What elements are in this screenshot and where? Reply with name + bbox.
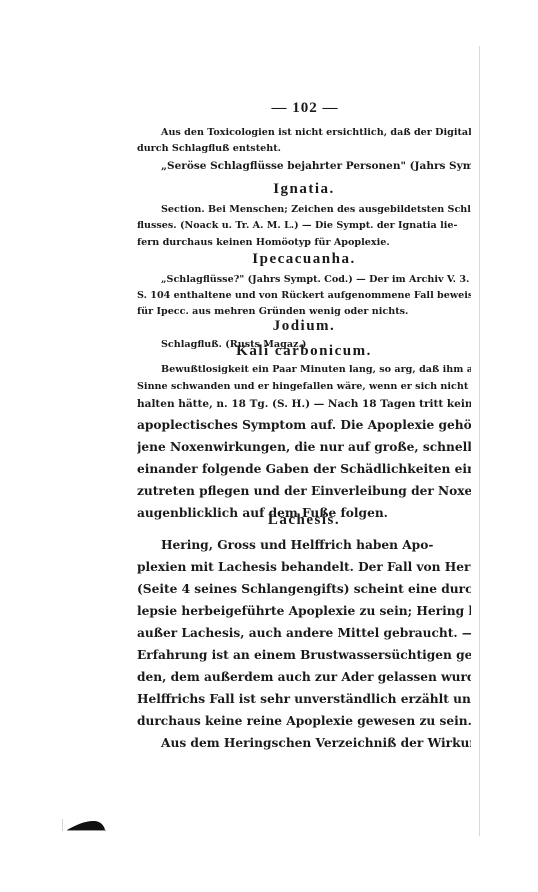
text-line: zutreten pflegen und der Einverleibung d… bbox=[137, 484, 471, 498]
text-line: Erfahrung ist an einem Brustwassersüchti… bbox=[137, 648, 471, 662]
text-line: Bewußtlosigkeit ein Paar Minuten lang, s… bbox=[137, 364, 471, 375]
text-line: (Seite 4 seines Schlangengifts) scheint … bbox=[137, 582, 471, 596]
text-line: „Schlagflüsse?" (Jahrs Sympt. Cod.) — De… bbox=[137, 274, 471, 285]
text-line: lepsie herbeigeführte Apoplexie zu sein;… bbox=[137, 604, 471, 618]
text-line: halten hätte, n. 18 Tg. (S. H.) — Nach 1… bbox=[137, 398, 471, 410]
library-stamp-icon bbox=[62, 819, 106, 831]
text-line: apoplectisches Symptom auf. Die Apoplexi… bbox=[137, 418, 471, 432]
scanned-book-page: — 102 — Aus den Toxicologien ist nicht e… bbox=[0, 0, 538, 892]
text-line: plexien mit Lachesis behandelt. Der Fall… bbox=[137, 560, 471, 574]
text-line: jene Noxenwirkungen, die nur auf große, … bbox=[137, 440, 471, 454]
text-line: Aus den Toxicologien ist nicht ersichtli… bbox=[137, 127, 471, 138]
section-heading: Ignatia. bbox=[137, 181, 471, 198]
text-line: Section. Bei Menschen; Zeichen des ausge… bbox=[137, 204, 471, 215]
text-line: Helffrichs Fall ist sehr unverständlich … bbox=[137, 692, 471, 706]
section-heading: Kali carbonicum. bbox=[137, 343, 471, 360]
text-line: Aus dem Heringschen Verzeichniß der Wirk… bbox=[137, 736, 471, 750]
text-line: den, dem außerdem auch zur Ader gelassen… bbox=[137, 670, 471, 684]
text-line: Sinne schwanden und er hingefallen wäre,… bbox=[137, 381, 471, 392]
text-line: S. 104 enthaltene und von Rückert aufgen… bbox=[137, 290, 471, 301]
page-number: — 102 — bbox=[250, 100, 360, 117]
text-line: einander folgende Gaben der Schädlichkei… bbox=[137, 462, 471, 476]
section-heading: Ipecacuanha. bbox=[137, 251, 471, 268]
text-line: außer Lachesis, auch andere Mittel gebra… bbox=[137, 626, 471, 640]
section-heading: Jodium. bbox=[137, 318, 471, 335]
text-line: durch Schlagfluß entsteht. bbox=[137, 143, 471, 154]
text-line: „Seröse Schlagflüsse bejahrter Personen"… bbox=[137, 160, 471, 172]
text-line: durchaus keine reine Apoplexie gewesen z… bbox=[137, 714, 471, 728]
section-heading: Lachesis. bbox=[137, 512, 471, 529]
page-edge-line bbox=[479, 46, 480, 836]
text-line: Hering, Gross und Helffrich haben Apo- bbox=[137, 538, 471, 552]
text-line: fern durchaus keinen Homöotyp für Apople… bbox=[137, 237, 471, 248]
text-line: flusses. (Noack u. Tr. A. M. L.) — Die S… bbox=[137, 220, 471, 231]
text-line: für Ipecc. aus mehren Gründen wenig oder… bbox=[137, 306, 471, 317]
